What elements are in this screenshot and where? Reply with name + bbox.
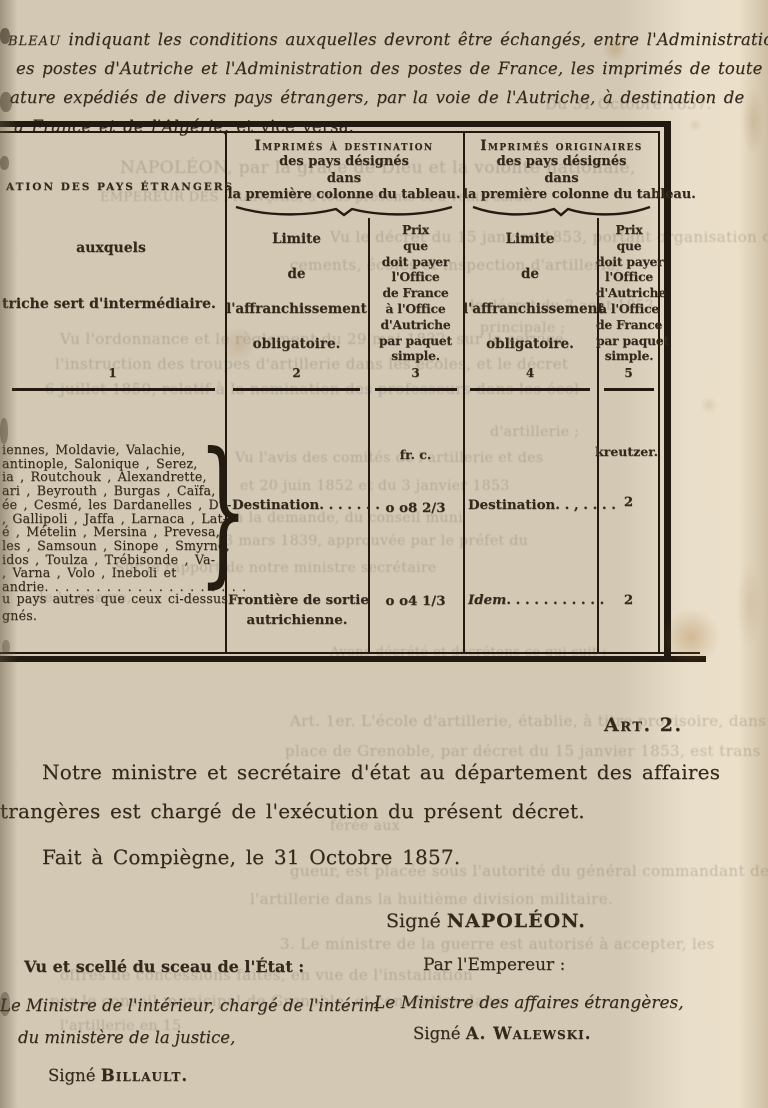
table-border-top-thin — [0, 131, 659, 133]
col3-number: 3 — [368, 366, 463, 380]
table-border-right-thin — [658, 131, 660, 652]
col4-number: 4 — [463, 366, 597, 380]
napoleon-name: NAPOLÉON. — [447, 910, 586, 932]
gutter-smudge — [0, 418, 8, 444]
date-place-line: Fait à Compiègne, le 31 Octobre 1857. — [42, 845, 460, 869]
country-line: iennes, Moldavie, Valachie, — [2, 443, 220, 457]
group-dest-line3: dans — [225, 171, 463, 188]
col1-header-designation: ATION DES PAYS ÉTRANGERS — [6, 181, 234, 193]
col5-header-line: par paquet — [596, 333, 662, 349]
bleedthrough-text: 13 mars 1839, approuvée par le préfet du — [215, 533, 528, 549]
col3-header-prix: Prixquedoit payerl'Officede Franceà l'Of… — [368, 222, 463, 364]
group-dest-line4: la première colonne du tableau. — [225, 187, 463, 204]
country-line: ia , Routchouk , Alexandrette, — [2, 470, 220, 484]
header-rule-col4 — [470, 388, 590, 391]
row1-country-list: iennes, Moldavie, Valachie,antinople, Sa… — [2, 443, 220, 594]
col2-header-line: de — [225, 257, 368, 292]
row1-price-austria: 2 — [597, 494, 660, 510]
row2-price-france: o o4 1/3 — [368, 593, 463, 609]
bleedthrough-text: place de Grenoble, par décret du 15 janv… — [285, 742, 761, 760]
brace-ornament-originaires — [470, 203, 653, 218]
col5-header-line: doit payer — [596, 254, 662, 270]
col3-header-line: d'Autriche — [368, 317, 463, 333]
col2-header-line: l'affranchissement — [225, 292, 368, 327]
col3-header-line: de France — [368, 285, 463, 301]
stain-spot — [688, 118, 702, 132]
bleedthrough-text: d'artillerie ; — [490, 424, 579, 440]
gutter-smudge — [0, 156, 9, 170]
group-header-destination: Imprimés à destination des pays désignés… — [225, 139, 463, 204]
col4-header-line: Limite — [463, 222, 597, 257]
idem-word: Idem — [468, 592, 506, 608]
row1-limite-dest: Destination. . . . . . . — [232, 497, 380, 513]
col2-header-limite: Limitedel'affranchissementobligatoire. — [225, 222, 368, 362]
col5-header-line: à l'Office — [596, 301, 662, 317]
country-line: é , Mételin , Mersina , Prevesa, — [2, 525, 220, 539]
intro-line-1: BLEAU indiquant les conditions auxquelle… — [8, 30, 768, 49]
col5-header-line: Prix — [596, 222, 662, 238]
minister-interior-line1: Le Ministre de l'intérieur, chargé de l'… — [0, 996, 380, 1015]
article-2-heading: Art. 2. — [604, 714, 683, 736]
col1-number: 1 — [0, 366, 225, 380]
row1-limite-orig: Destination. . , . . . . — [468, 497, 616, 513]
row1-unit-francs: fr. c. — [368, 447, 463, 462]
emperor-signature: Signé NAPOLÉON. — [386, 910, 586, 932]
minister-interior-line2: du ministère de la justice, — [18, 1028, 235, 1047]
col5-header-line: que — [596, 238, 662, 254]
stain-spot — [700, 396, 718, 414]
row1-unit-kreutzer: kreutzer. — [588, 444, 658, 459]
walewski-name: A. Walewski. — [466, 1024, 592, 1043]
stain-spot — [736, 560, 762, 650]
group-orig-line3: dans — [463, 171, 660, 188]
minister-foreign-affairs: Le Ministre des affaires étrangères, — [374, 993, 684, 1013]
col3-header-line: Prix — [368, 222, 463, 238]
row2-col1-line1: u pays autres que ceux ci-dessus — [2, 592, 228, 606]
col1-header-auxquels: auxquels — [0, 240, 222, 256]
signe-prefix-left: Signé — [48, 1066, 96, 1085]
divider-group-dest-orig — [463, 131, 465, 652]
header-rule-col2 — [233, 388, 360, 391]
article-2-paragraph-line2: trangères est chargé de l'exécution du p… — [0, 799, 585, 823]
col5-header-line: d'Autriche — [596, 285, 662, 301]
row2-price-austria: 2 — [597, 592, 660, 608]
bleedthrough-text: 3. Le ministre de la guerre est autorisé… — [280, 935, 715, 953]
intro-line-2: es postes d'Autriche et l'Administration… — [16, 59, 763, 78]
country-line: idos , Toulza , Trébisonde , Va- — [2, 553, 220, 567]
bleedthrough-text: Art. 1er. L'école d'artillerie, établie,… — [290, 712, 768, 730]
billault-signature: Signé Billault. — [48, 1066, 188, 1085]
row2-col1-line2: gnés. — [2, 609, 37, 623]
signe-prefix: Signé — [386, 910, 441, 932]
intro-line-1-text: indiquant les conditions auxquelles devr… — [61, 30, 768, 49]
col3-header-line: par paquet — [368, 333, 463, 349]
col4-header-line: obligatoire. — [463, 327, 597, 362]
col5-header-line: l'Office — [596, 269, 662, 285]
group-orig-line2: des pays désignés — [463, 154, 660, 171]
walewski-signature: Signé A. Walewski. — [413, 1024, 591, 1043]
group-orig-line4: la première colonne du tableau. — [463, 187, 660, 204]
col1-header-intermediaire: triche sert d'intermédiaire. — [2, 296, 216, 312]
col5-header-line: simple. — [596, 348, 662, 364]
row2-limite-orig: Idem. . . . . . . . . . . — [468, 592, 604, 608]
header-rule-col1 — [12, 388, 215, 391]
row1-price-france: o o8 2/3 — [368, 500, 463, 516]
group-dest-title: Imprimés à destination — [225, 139, 463, 154]
col3-header-line: à l'Office — [368, 301, 463, 317]
seal-line: Vu et scellé du sceau de l'État : — [24, 957, 304, 976]
col2-header-line: Limite — [225, 222, 368, 257]
bleedthrough-text: l'artillerie dans la huitième division m… — [250, 890, 613, 908]
group-dest-line2: des pays désignés — [225, 154, 463, 171]
col5-header-prix: Prixquedoit payerl'Officed'Autricheà l'O… — [596, 222, 662, 364]
brace-ornament-destination — [233, 203, 455, 218]
col3-header-line: simple. — [368, 348, 463, 364]
scanned-decree-page: Du 31 Octobre 1857.NAPOLÉON, par la grâc… — [0, 0, 768, 1108]
col3-header-line: doit payer — [368, 254, 463, 270]
col5-header-line: de France — [596, 317, 662, 333]
col4-header-line: de — [463, 257, 597, 292]
header-rule-col3 — [375, 388, 457, 391]
header-rule-col5 — [604, 388, 654, 391]
tableau-word-fragment: BLEAU — [8, 34, 61, 49]
country-line: antinople, Salonique , Serez, — [2, 457, 220, 471]
table-border-bottom-thick — [0, 656, 706, 662]
idem-dots: . . . . . . . . . . . — [506, 592, 604, 608]
intro-line-3: ature expédiés de divers pays étrangers,… — [10, 88, 745, 107]
by-emperor-line: Par l'Empereur : — [423, 955, 565, 975]
country-line: les , Samsoun , Sinope , Smyrne, — [2, 539, 220, 553]
article-2-paragraph-line1: Notre ministre et secrétaire d'état au d… — [42, 760, 720, 784]
col4-header-line: l'affranchissement — [463, 292, 597, 327]
country-line: , Gallipoli , Jaffa , Larnaca , Lat- — [2, 512, 220, 526]
billault-name: Billault. — [101, 1066, 188, 1085]
col2-header-line: obligatoire. — [225, 327, 368, 362]
col5-number: 5 — [597, 366, 660, 380]
group-header-originaires: Imprimés originaires des pays désignés d… — [463, 139, 660, 204]
bleedthrough-text: et 20 juin 1852 et du 3 janvier 1853 — [240, 478, 510, 494]
stain-spot — [742, 86, 764, 156]
group-orig-title: Imprimés originaires — [463, 139, 660, 154]
row2-limite-dest-line1: Frontière de sortie — [228, 592, 366, 608]
country-line: ée , Cesmé, les Dardanelles , Du- — [2, 498, 220, 512]
country-line: , Varna , Volo , Ineboli et — [2, 566, 220, 580]
country-line: ari , Beyrouth , Burgas , Caïfa, — [2, 484, 220, 498]
table-border-bottom-thin — [0, 652, 700, 654]
signe-prefix-right: Signé — [413, 1024, 461, 1043]
table-border-right-thick — [664, 121, 671, 662]
row2-limite-dest-line2: autrichienne. — [228, 612, 366, 628]
col3-header-line: l'Office — [368, 269, 463, 285]
col3-header-line: que — [368, 238, 463, 254]
col4-header-limite: Limitedel'affranchissementobligatoire. — [463, 222, 597, 362]
table-border-top-thick — [0, 121, 671, 127]
col2-number: 2 — [225, 366, 368, 380]
